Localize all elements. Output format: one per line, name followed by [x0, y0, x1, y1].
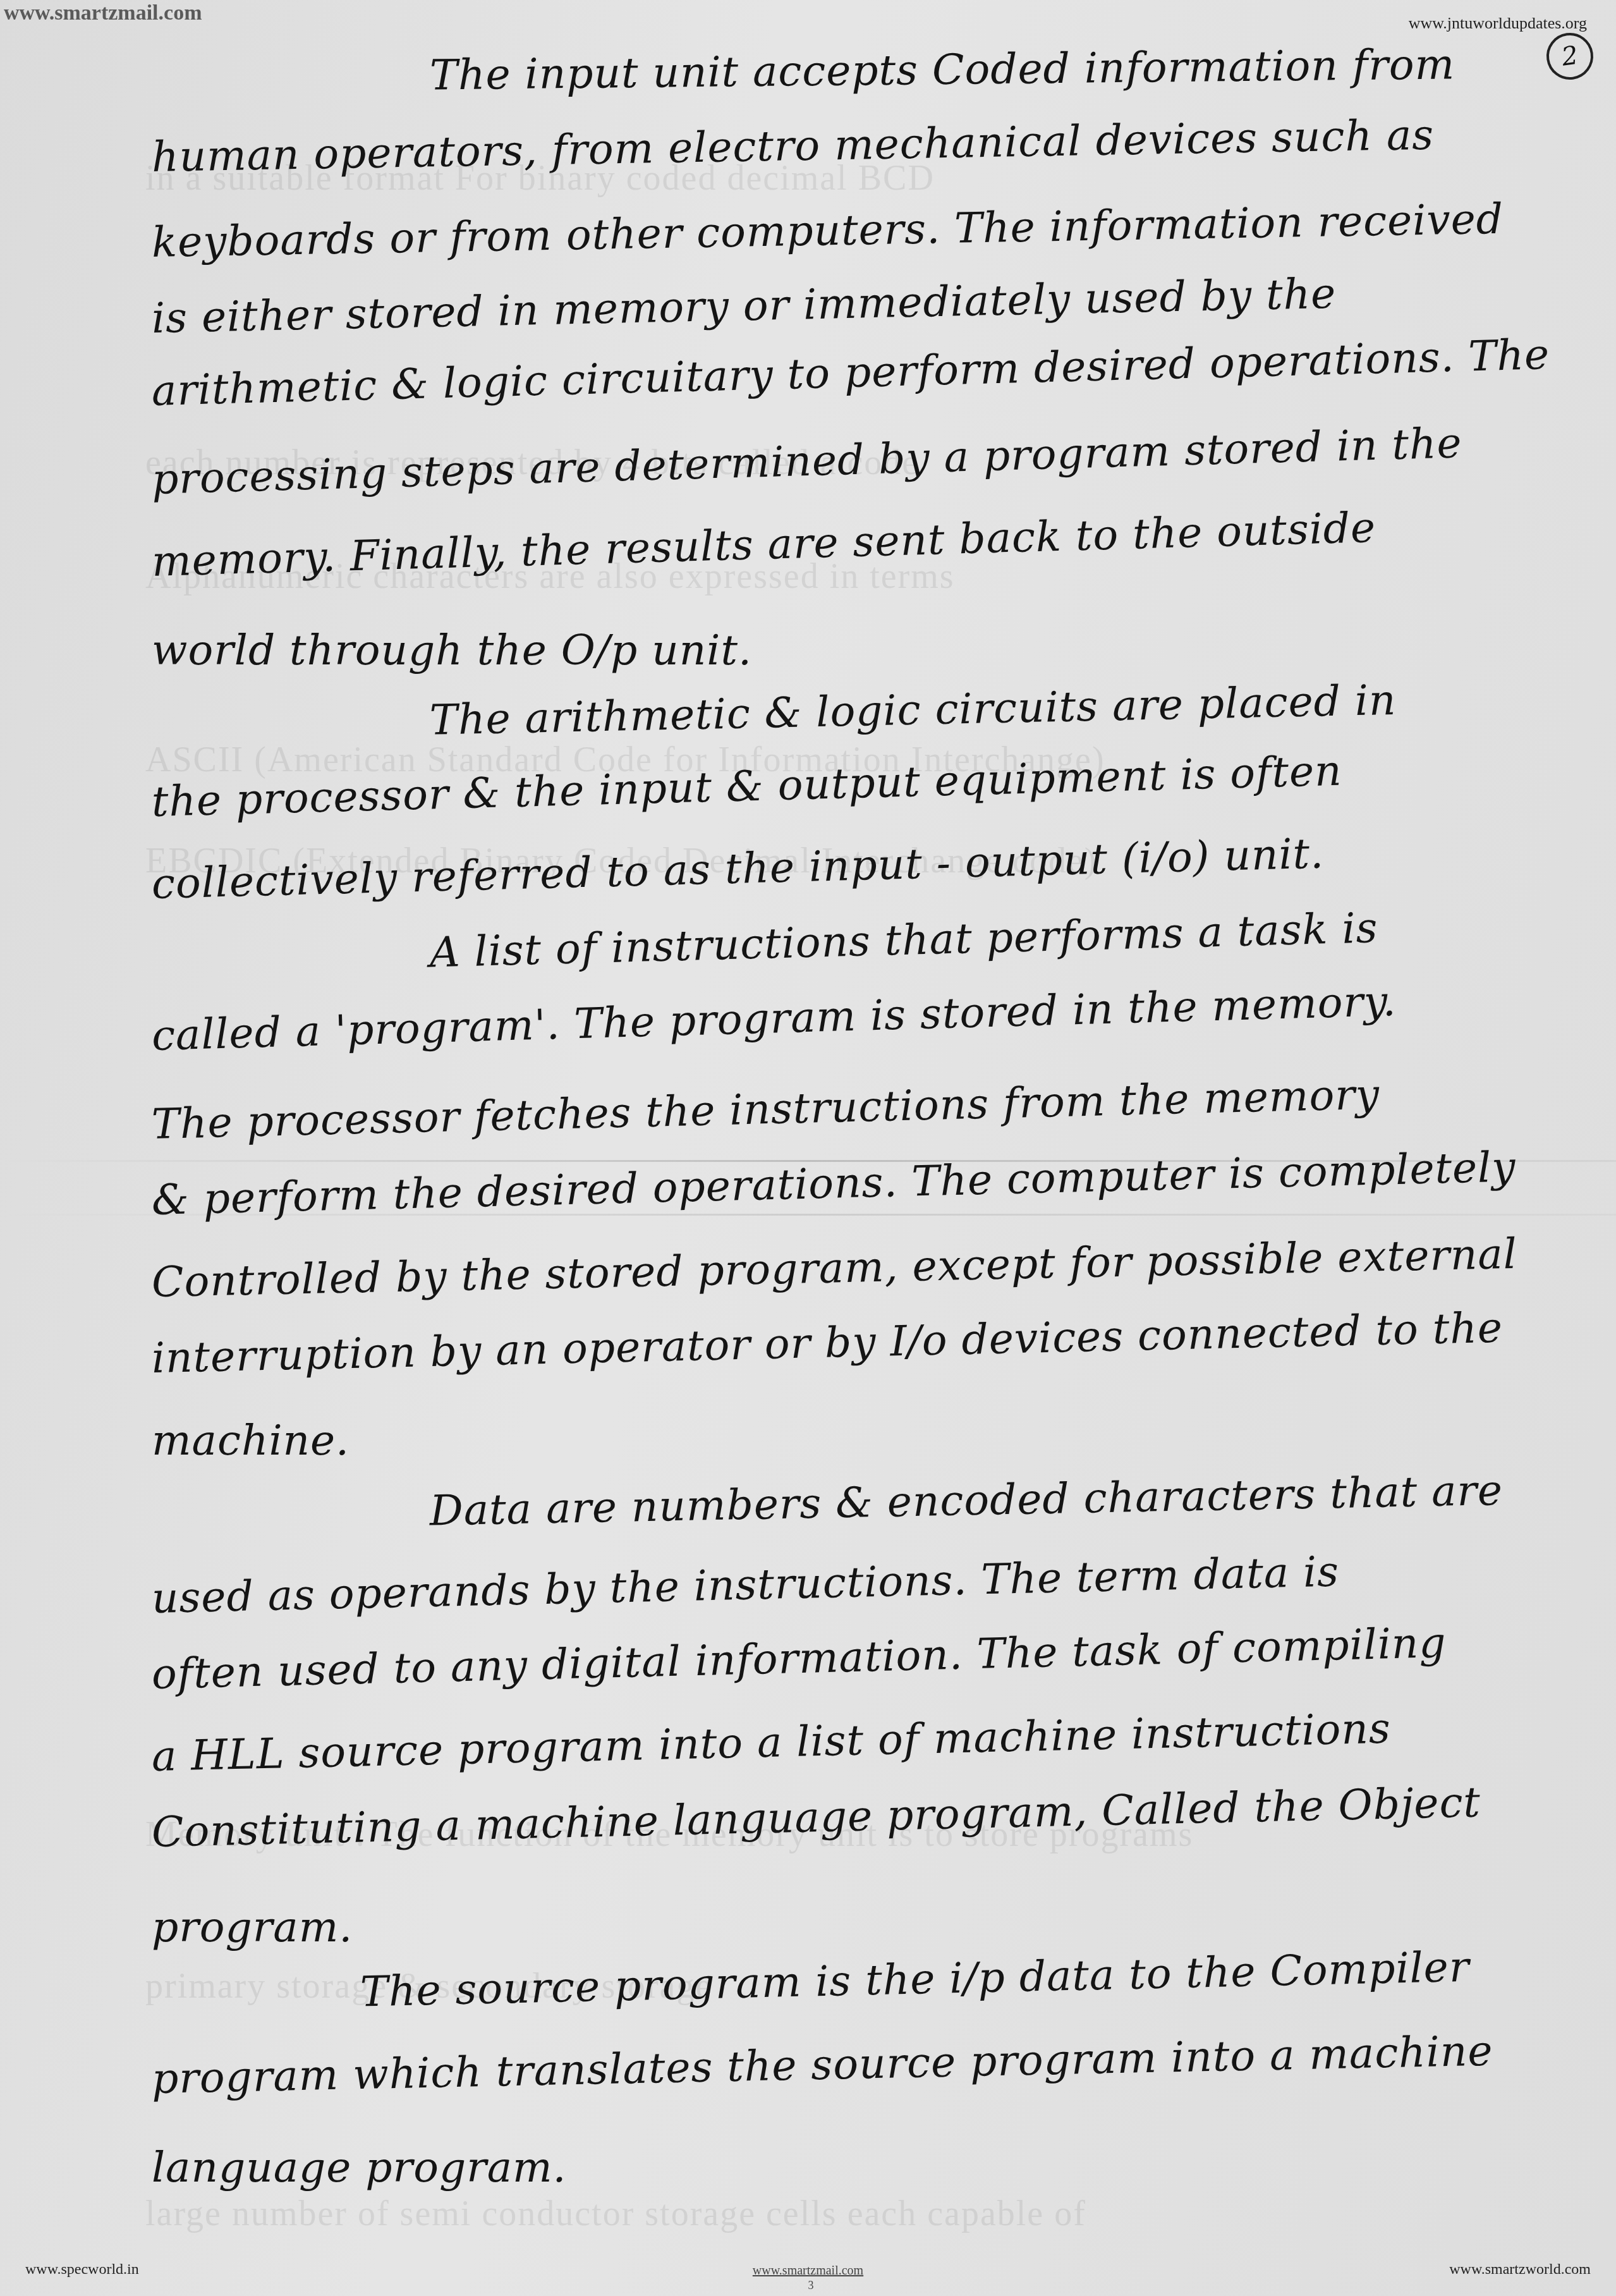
text-line: The source program is the i/p data to th… — [151, 1939, 1591, 2021]
text-line: & perform the desired operations. The co… — [151, 1140, 1591, 1224]
text-line: used as operands by the instructions. Th… — [151, 1541, 1591, 1623]
scanned-page: in a suitable format For binary coded de… — [0, 0, 1616, 2296]
text-line: Data are numbers & encoded characters th… — [151, 1464, 1591, 1541]
text-line: often used to any digital information. T… — [151, 1615, 1591, 1699]
watermark-bottom-right: www.smartzworld.com — [1449, 2261, 1591, 2278]
text-line: The input unit accepts Coded information… — [152, 39, 1591, 102]
text-line: keyboards or from other computers. The i… — [151, 193, 1591, 267]
footer-page-number: 3 — [808, 2279, 814, 2292]
text-line: A list of instructions that performs a t… — [151, 898, 1591, 984]
text-line: is either stored in memory or immediatel… — [151, 264, 1591, 343]
text-line: a HLL source program into a list of mach… — [151, 1699, 1591, 1781]
text-line: arithmetic & logic circuitary to perform… — [151, 329, 1591, 415]
watermark-top-left: www.smartzmail.com — [4, 1, 202, 25]
watermark-top-right: www.jntuworldupdates.org — [1409, 14, 1587, 33]
text-line: program which translates the source prog… — [151, 2024, 1591, 2103]
text-line: language program. — [152, 2143, 1591, 2192]
watermark-bottom-left: www.specworld.in — [25, 2261, 139, 2278]
text-line: collectively referred to as the input - … — [151, 822, 1591, 908]
text-line: processing steps are determined by a pro… — [151, 415, 1591, 504]
text-line: Controlled by the stored program, except… — [151, 1228, 1591, 1307]
text-line: called a 'program'. The program is store… — [151, 971, 1591, 1060]
text-line: The arithmetic & logic circuits are plac… — [151, 671, 1591, 750]
text-line: interruption by an operator or by I/o de… — [151, 1301, 1591, 1383]
watermark-bottom-center: www.smartzmail.com — [753, 2264, 863, 2278]
text-line: The processor fetches the instructions f… — [151, 1065, 1591, 1149]
bleed-through-text: large number of semi conductor storage c… — [145, 2194, 1490, 2234]
text-line: world through the O/p unit. — [152, 626, 1591, 675]
text-line: machine. — [152, 1416, 1591, 1465]
